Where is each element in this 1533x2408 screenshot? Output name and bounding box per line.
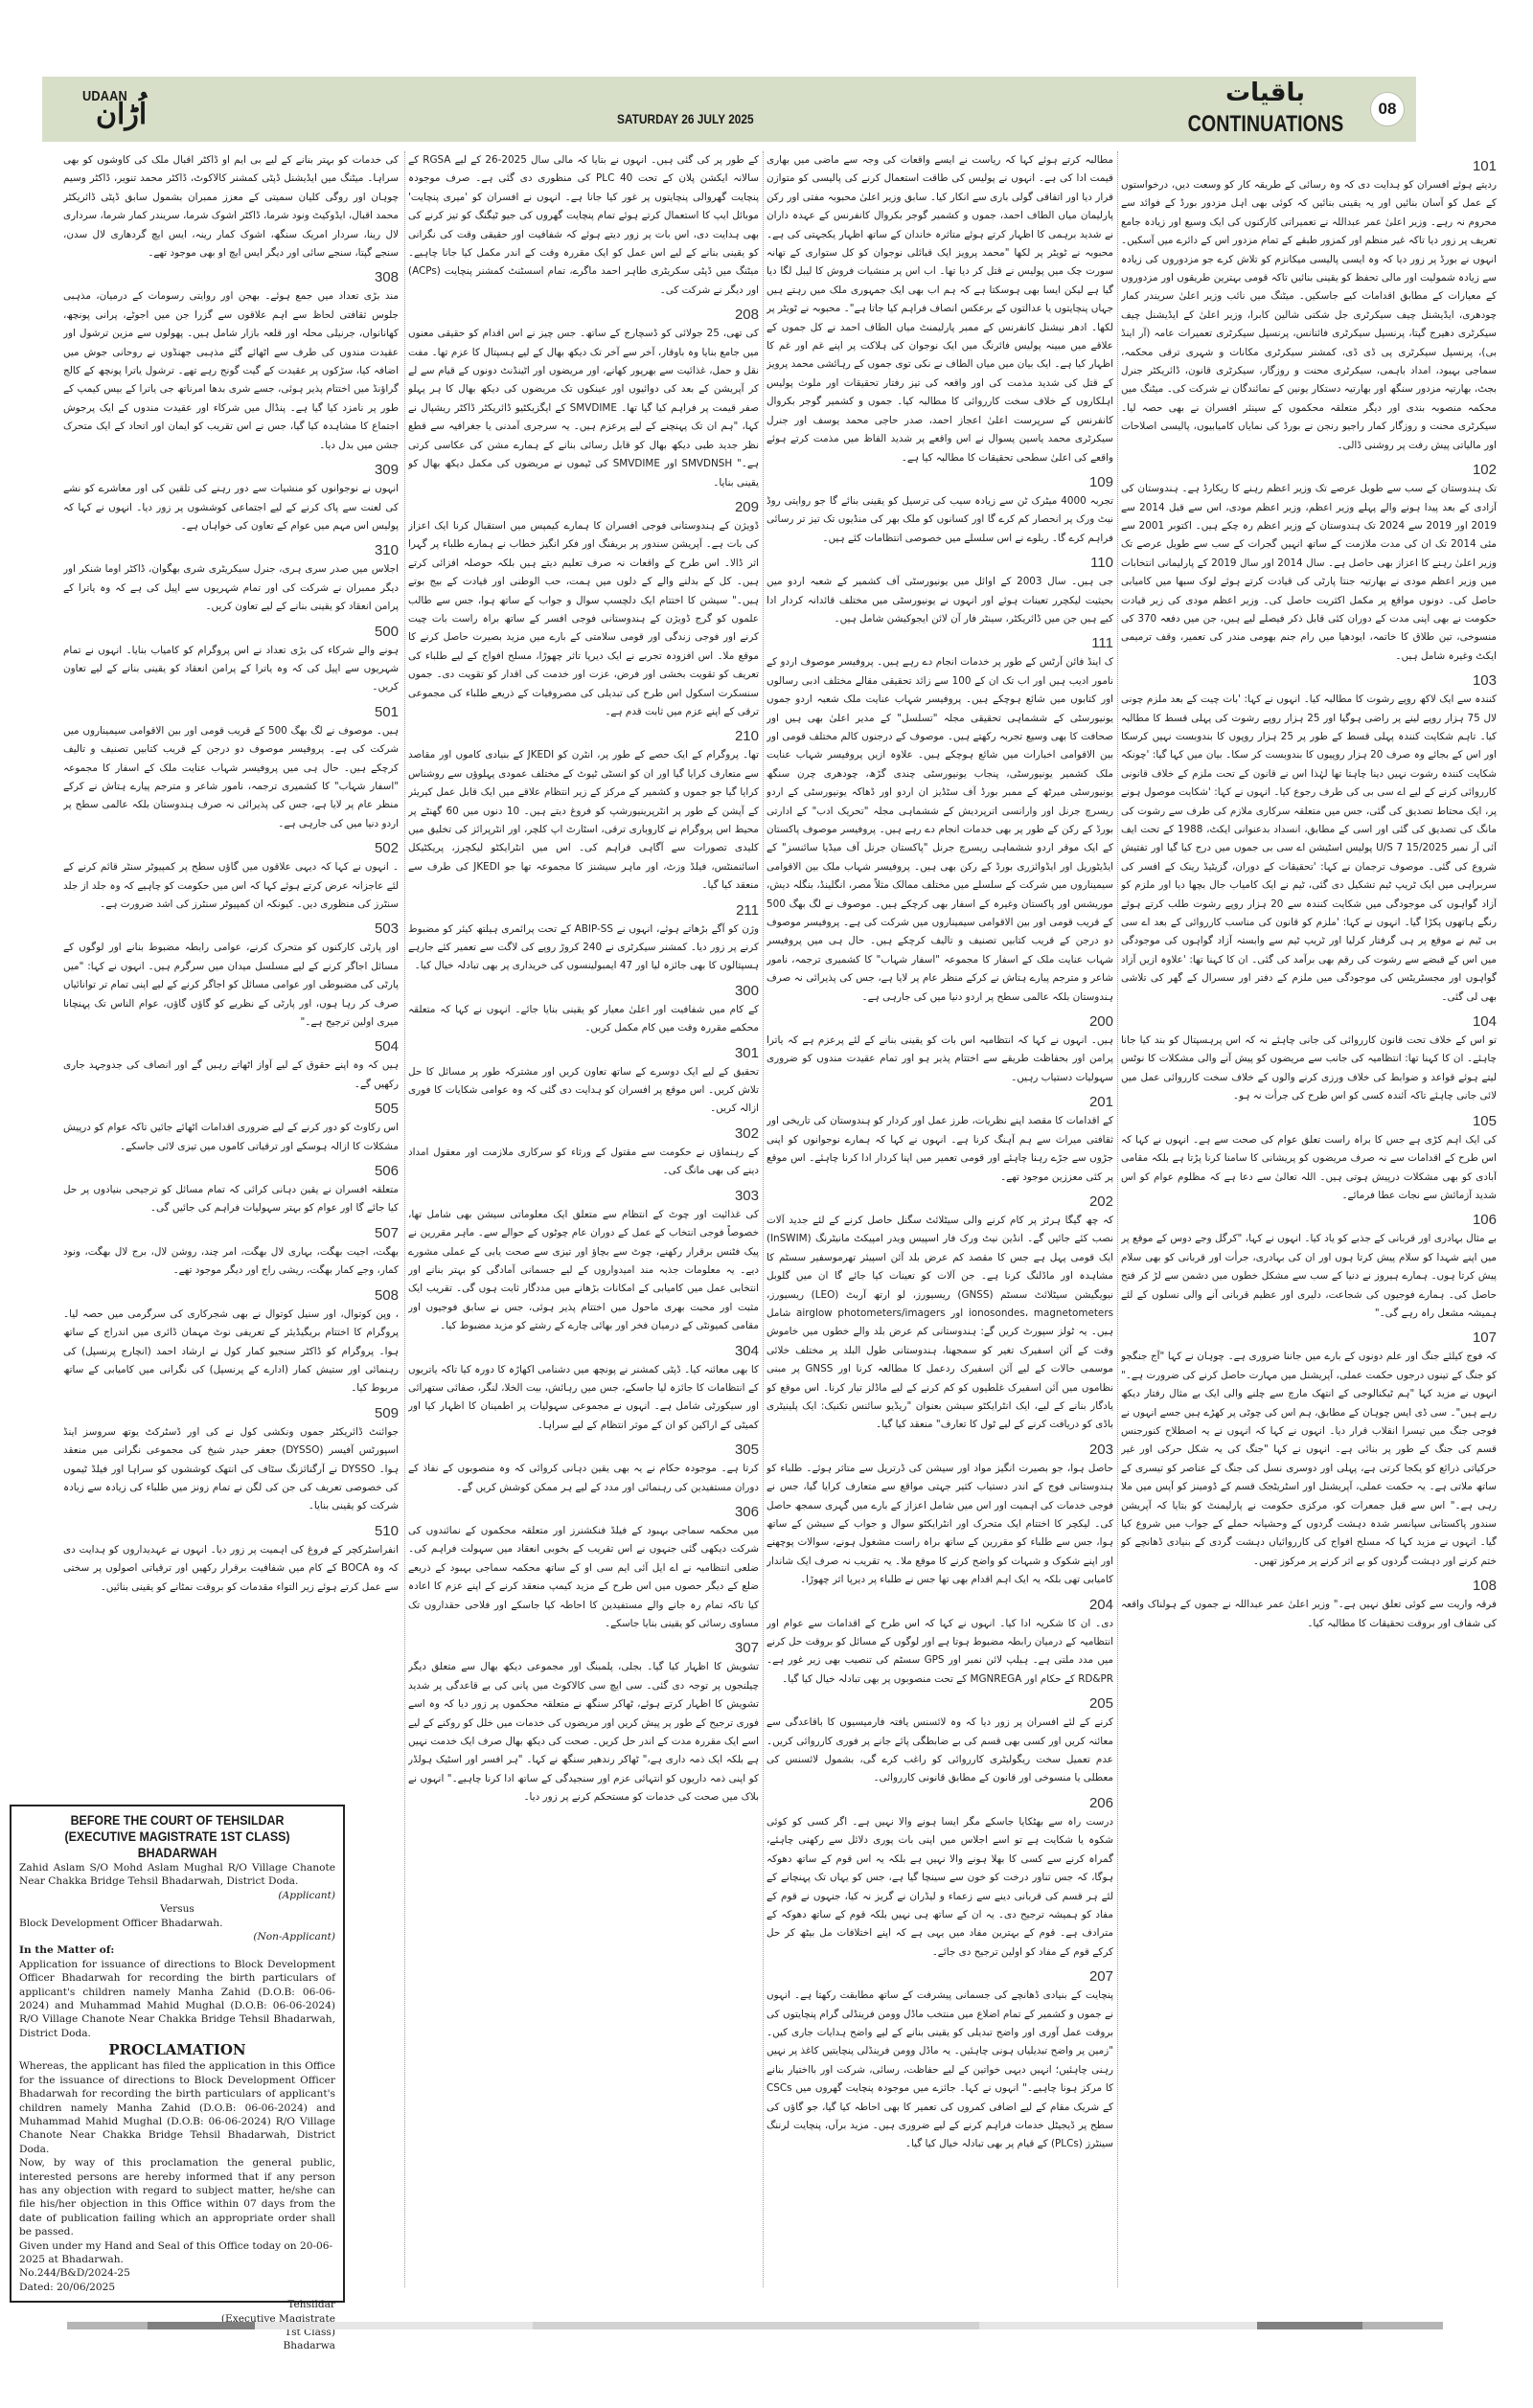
continuation-text: میں محکمہ سماجی بہبود کے فیلڈ فنکشنرز او… xyxy=(408,1522,759,1633)
column-divider xyxy=(763,151,764,2287)
continuation-number: 105 xyxy=(1121,1112,1497,1131)
legal-proclamation-notice: BEFORE THE COURT OF TEHSILDAR (EXECUTIVE… xyxy=(10,1805,345,2303)
continuation-number: 205 xyxy=(766,1694,1113,1714)
notice-matter-text: Application for issuance of directions t… xyxy=(19,1958,335,2040)
continuation-text: پنچایت کے بنیادی ڈھانچے کی جسمانی پیشرفت… xyxy=(766,1987,1113,2154)
continuation-text: ک اینڈ فائن آرٹس کے طور پر خدمات انجام د… xyxy=(766,653,1113,1007)
notice-heading: BEFORE THE COURT OF TEHSILDAR xyxy=(32,1812,323,1829)
continuation-number: 209 xyxy=(408,498,759,517)
continuation-text: درست راہ سے بھٹکایا جاسکے مگر ایسا ہونے … xyxy=(766,1813,1113,1962)
issue-date: SATURDAY 26 JULY 2025 xyxy=(617,111,754,126)
continuation-number: 300 xyxy=(408,982,759,1001)
continuation-number: 103 xyxy=(1121,671,1497,691)
notice-whereas: Whereas, the applicant has filed the app… xyxy=(19,2059,335,2156)
column-1: کی خدمات کو بہتر بنانے کے لیے بی ایم او … xyxy=(63,151,399,1799)
continuation-number: 502 xyxy=(63,839,399,858)
continuation-text: کرنے کے لئے افسران پر زور دیا کہ وہ لائس… xyxy=(766,1714,1113,1788)
continuation-number: 104 xyxy=(1121,1012,1497,1032)
continuation-text: مطالبہ کرتے ہوئے کہا کہ ریاست نے ایسے وا… xyxy=(766,151,1113,467)
continuation-text: بھگت، اجیت بھگت، بہاری لال بھگت، امر چند… xyxy=(63,1243,399,1281)
continuation-number: 504 xyxy=(63,1037,399,1056)
continuation-text: کی خدمات کو بہتر بنانے کے لیے بی ایم او … xyxy=(63,151,399,262)
continuation-number: 109 xyxy=(766,473,1113,492)
continuation-text: اجلاس میں صدر سری ہری، جنرل سیکریٹری شری… xyxy=(63,560,399,616)
notice-subheading: (EXECUTIVE MAGISTRATE 1ST CLASS) BHADARW… xyxy=(32,1829,323,1861)
continuation-text: کہ چھ گیگا ہرٹز پر کام کرنے والی سیٹلائٹ… xyxy=(766,1212,1113,1435)
continuation-text: ہیں۔ انہوں نے کہا کہ انتظامیہ اس بات کو … xyxy=(766,1032,1113,1087)
notice-now: Now, by way of this proclamation the gen… xyxy=(19,2156,335,2238)
continuation-number: 307 xyxy=(408,1639,759,1658)
notice-matter-label: In the Matter of: xyxy=(19,1943,335,1957)
continuation-number: 505 xyxy=(63,1100,399,1119)
continuation-text: تو اس کے خلاف تحت قانون کارروائی کی جانی… xyxy=(1121,1032,1497,1106)
continuation-text: اس رکاوٹ کو دور کرنے کے لیے ضروری اقداما… xyxy=(63,1119,399,1156)
continuation-number: 301 xyxy=(408,1044,759,1063)
continuation-text: تشویش کا اظہار کیا گیا۔ بجلی، پلمبنگ اور… xyxy=(408,1658,759,1806)
continuation-text: کے کام میں شفافیت اور اعلیٰ معیار کو یقی… xyxy=(408,1001,759,1038)
continuation-number: 500 xyxy=(63,623,399,642)
masthead: UDAAN اُڑان SATURDAY 26 JULY 2025 باقیات… xyxy=(42,77,1416,142)
continuation-number: 202 xyxy=(766,1193,1113,1212)
continuation-text: وژن کو آگے بڑھاتے ہوئے، انہوں نے ABIP-SS… xyxy=(408,920,759,976)
continuation-number: 302 xyxy=(408,1124,759,1144)
continuation-number: 503 xyxy=(63,920,399,939)
column-divider xyxy=(1117,151,1118,2287)
continuation-text: مند بڑی تعداد میں جمع ہوئے۔ بھجن اور روا… xyxy=(63,287,399,455)
notice-proclamation-title: PROCLAMATION xyxy=(19,2040,335,2059)
notice-respondent: Block Development Officer Bhadarwah. xyxy=(19,1917,335,1930)
continuation-text: ہیں۔ موصوف نے لگ بھگ 500 کے قریب قومی او… xyxy=(63,722,399,833)
notice-ref-no: No.244/B&D/2024-25 xyxy=(19,2266,335,2280)
continuation-text: انفراسٹرکچر کے فروغ کی اہمیت پر زور دیا۔… xyxy=(63,1541,399,1597)
continuation-text: ردیتے ہوئے افسران کو ہدایت دی کہ وہ رسائ… xyxy=(1121,176,1497,455)
continuation-text: تک ہندوستان کے سب سے طویل عرصے تک وزیر ا… xyxy=(1121,480,1497,666)
continuation-number: 208 xyxy=(408,306,759,325)
continuation-text: کی غذائیت اور چوٹ کے انتظام سے متعلق ایک… xyxy=(408,1206,759,1336)
footer-bar-segment xyxy=(67,2322,148,2329)
continuation-text: جوائنٹ ڈائریکٹر جموں ونکشی کول نے کی اور… xyxy=(63,1423,399,1516)
continuation-number: 106 xyxy=(1121,1211,1497,1230)
footer-bar-segment xyxy=(1362,2322,1443,2329)
continuation-number: 101 xyxy=(1121,157,1497,176)
footer-bar-segment xyxy=(1257,2322,1362,2329)
notice-given: Given under my Hand and Seal of this Off… xyxy=(19,2239,335,2267)
continuation-number: 108 xyxy=(1121,1577,1497,1596)
continuation-text: کہ فوج کیلئے جنگ اور علم دونوں کے بارے م… xyxy=(1121,1348,1497,1571)
continuation-text: بے مثال بہادری اور قربانی کے جذبے کو یاد… xyxy=(1121,1230,1497,1323)
continuation-number: 204 xyxy=(766,1596,1113,1615)
continuation-number: 206 xyxy=(766,1794,1113,1813)
continuation-number: 507 xyxy=(63,1224,399,1243)
continuation-number: 102 xyxy=(1121,461,1497,480)
brand-logo: UDAAN اُڑان xyxy=(82,88,147,129)
continuation-text: ، وپن کوتوال، اور سنیل کوتوال نے بھی شجر… xyxy=(63,1306,399,1398)
continuation-number: 506 xyxy=(63,1162,399,1181)
column-divider xyxy=(404,151,405,2287)
continuation-number: 207 xyxy=(766,1967,1113,1987)
notice-applicant: Zahid Aslam S/O Mohd Aslam Mughal R/O Vi… xyxy=(19,1861,335,1889)
continuation-text: کنندہ سے ایک لاکھ روپے رشوت کا مطالبہ کی… xyxy=(1121,691,1497,1007)
continuation-number: 508 xyxy=(63,1286,399,1306)
footer-bar-segment xyxy=(533,2322,979,2329)
continuation-text: متعلقہ افسران نے یقین دہانی کرائی کہ تما… xyxy=(63,1181,399,1218)
notice-signatory: Tehsildar xyxy=(19,2298,335,2311)
continuation-text: تحقیق کے لیے ایک دوسرے کے ساتھ تعاون کری… xyxy=(408,1063,759,1119)
continuation-text: اور پارٹی کارکنوں کو متحرک کرنے، عوامی ر… xyxy=(63,939,399,1032)
notice-dated: Dated: 20/06/2025 xyxy=(19,2281,335,2294)
continuation-number: 306 xyxy=(408,1503,759,1522)
continuation-text: حاصل ہوا، جو بصیرت انگیز مواد اور سیشن ک… xyxy=(766,1460,1113,1590)
continuation-text: کے طور پر کی گئی ہیں۔ انہوں نے بتایا کہ … xyxy=(408,151,759,300)
continuation-text: فرقہ واریت سے کوئی تعلق نہیں ہے۔" وزیر ا… xyxy=(1121,1596,1497,1633)
continuation-number: 510 xyxy=(63,1522,399,1541)
notice-applicant-role: (Applicant) xyxy=(19,1889,335,1902)
brand-name-urdu: اُڑان xyxy=(96,101,147,129)
continuation-text: تجربہ 4000 میٹرک ٹن سے زیادہ سیب کی ترسی… xyxy=(766,492,1113,548)
column-4: 101ردیتے ہوئے افسران کو ہدایت دی کہ وہ ر… xyxy=(1121,151,1497,2287)
continuation-number: 303 xyxy=(408,1187,759,1206)
footer-bar-segment xyxy=(979,2322,1257,2329)
section-title-urdu: باقیات xyxy=(1225,79,1305,107)
continuation-number: 310 xyxy=(63,541,399,560)
notice-versus: Versus xyxy=(19,1902,335,1916)
continuation-number: 304 xyxy=(408,1342,759,1361)
page-number-badge: 08 xyxy=(1370,92,1405,126)
section-title-english: CONTINUATIONS xyxy=(1187,111,1343,138)
continuation-text: دی۔ ان کا شکریہ ادا کیا۔ انہوں نے کہا کہ… xyxy=(766,1615,1113,1690)
continuation-text: ہونے والے شرکاء کی بڑی تعداد نے اس پروگر… xyxy=(63,642,399,697)
brand-name-english: UDAAN xyxy=(82,88,137,104)
continuation-text: کا بھی معائنہ کیا۔ ڈپٹی کمشنر نے پونچھ م… xyxy=(408,1361,759,1436)
continuation-number: 203 xyxy=(766,1441,1113,1460)
column-3: مطالبہ کرتے ہوئے کہا کہ ریاست نے ایسے وا… xyxy=(766,151,1113,2287)
notice-signatory-place: Bhadarwa xyxy=(19,2339,335,2352)
continuation-text: ڈویژن کے ہندوستانی فوجی افسران کا ہمارے … xyxy=(408,517,759,721)
continuation-text: جی ہیں۔ سال 2003 کے اوائل میں یونیورسٹی … xyxy=(766,573,1113,628)
continuation-text: تھا۔ پروگرام کے ایک حصے کے طور پر، انٹرن… xyxy=(408,746,759,895)
continuation-number: 210 xyxy=(408,727,759,746)
continuation-number: 107 xyxy=(1121,1329,1497,1348)
continuation-text: انہوں نے نوجوانوں کو منشیات سے دور رہنے … xyxy=(63,480,399,535)
column-2: کے طور پر کی گئی ہیں۔ انہوں نے بتایا کہ … xyxy=(408,151,759,2287)
continuation-text: کی ایک اہم کڑی ہے جس کا براہ راست تعلق ع… xyxy=(1121,1131,1497,1206)
continuation-number: 309 xyxy=(63,461,399,480)
continuation-text: کے اقدامات کا مقصد اپنے نظریات، طرز عمل … xyxy=(766,1112,1113,1187)
continuation-text: ۔ انہوں نے کہا کہ دیہی علاقوں میں گاؤں س… xyxy=(63,858,399,914)
footer-bar-segment xyxy=(255,2322,533,2329)
continuation-number: 501 xyxy=(63,703,399,722)
continuation-number: 201 xyxy=(766,1093,1113,1112)
continuation-text: کے رہنماؤں نے حکومت سے مقتول کے ورثاء کو… xyxy=(408,1144,759,1181)
notice-respondent-role: (Non-Applicant) xyxy=(19,1930,335,1943)
continuation-number: 111 xyxy=(766,634,1113,653)
continuation-text: کی تھی، 25 جولائی کو ڈسچارج کے ساتھ۔ جس … xyxy=(408,325,759,492)
continuation-text: کرتا ہے۔ موجودہ حکام نے یہ بھی یقین دہان… xyxy=(408,1460,759,1497)
continuation-text: ہیں کہ وہ اپنے حقوق کے لیے آواز اٹھاتے ر… xyxy=(63,1056,399,1094)
continuation-number: 305 xyxy=(408,1441,759,1460)
continuation-number: 110 xyxy=(766,554,1113,573)
footer-bar-segment xyxy=(148,2322,255,2329)
continuation-number: 211 xyxy=(408,901,759,920)
continuation-number: 200 xyxy=(766,1012,1113,1032)
continuation-number: 308 xyxy=(63,268,399,287)
continuation-number: 509 xyxy=(63,1404,399,1423)
